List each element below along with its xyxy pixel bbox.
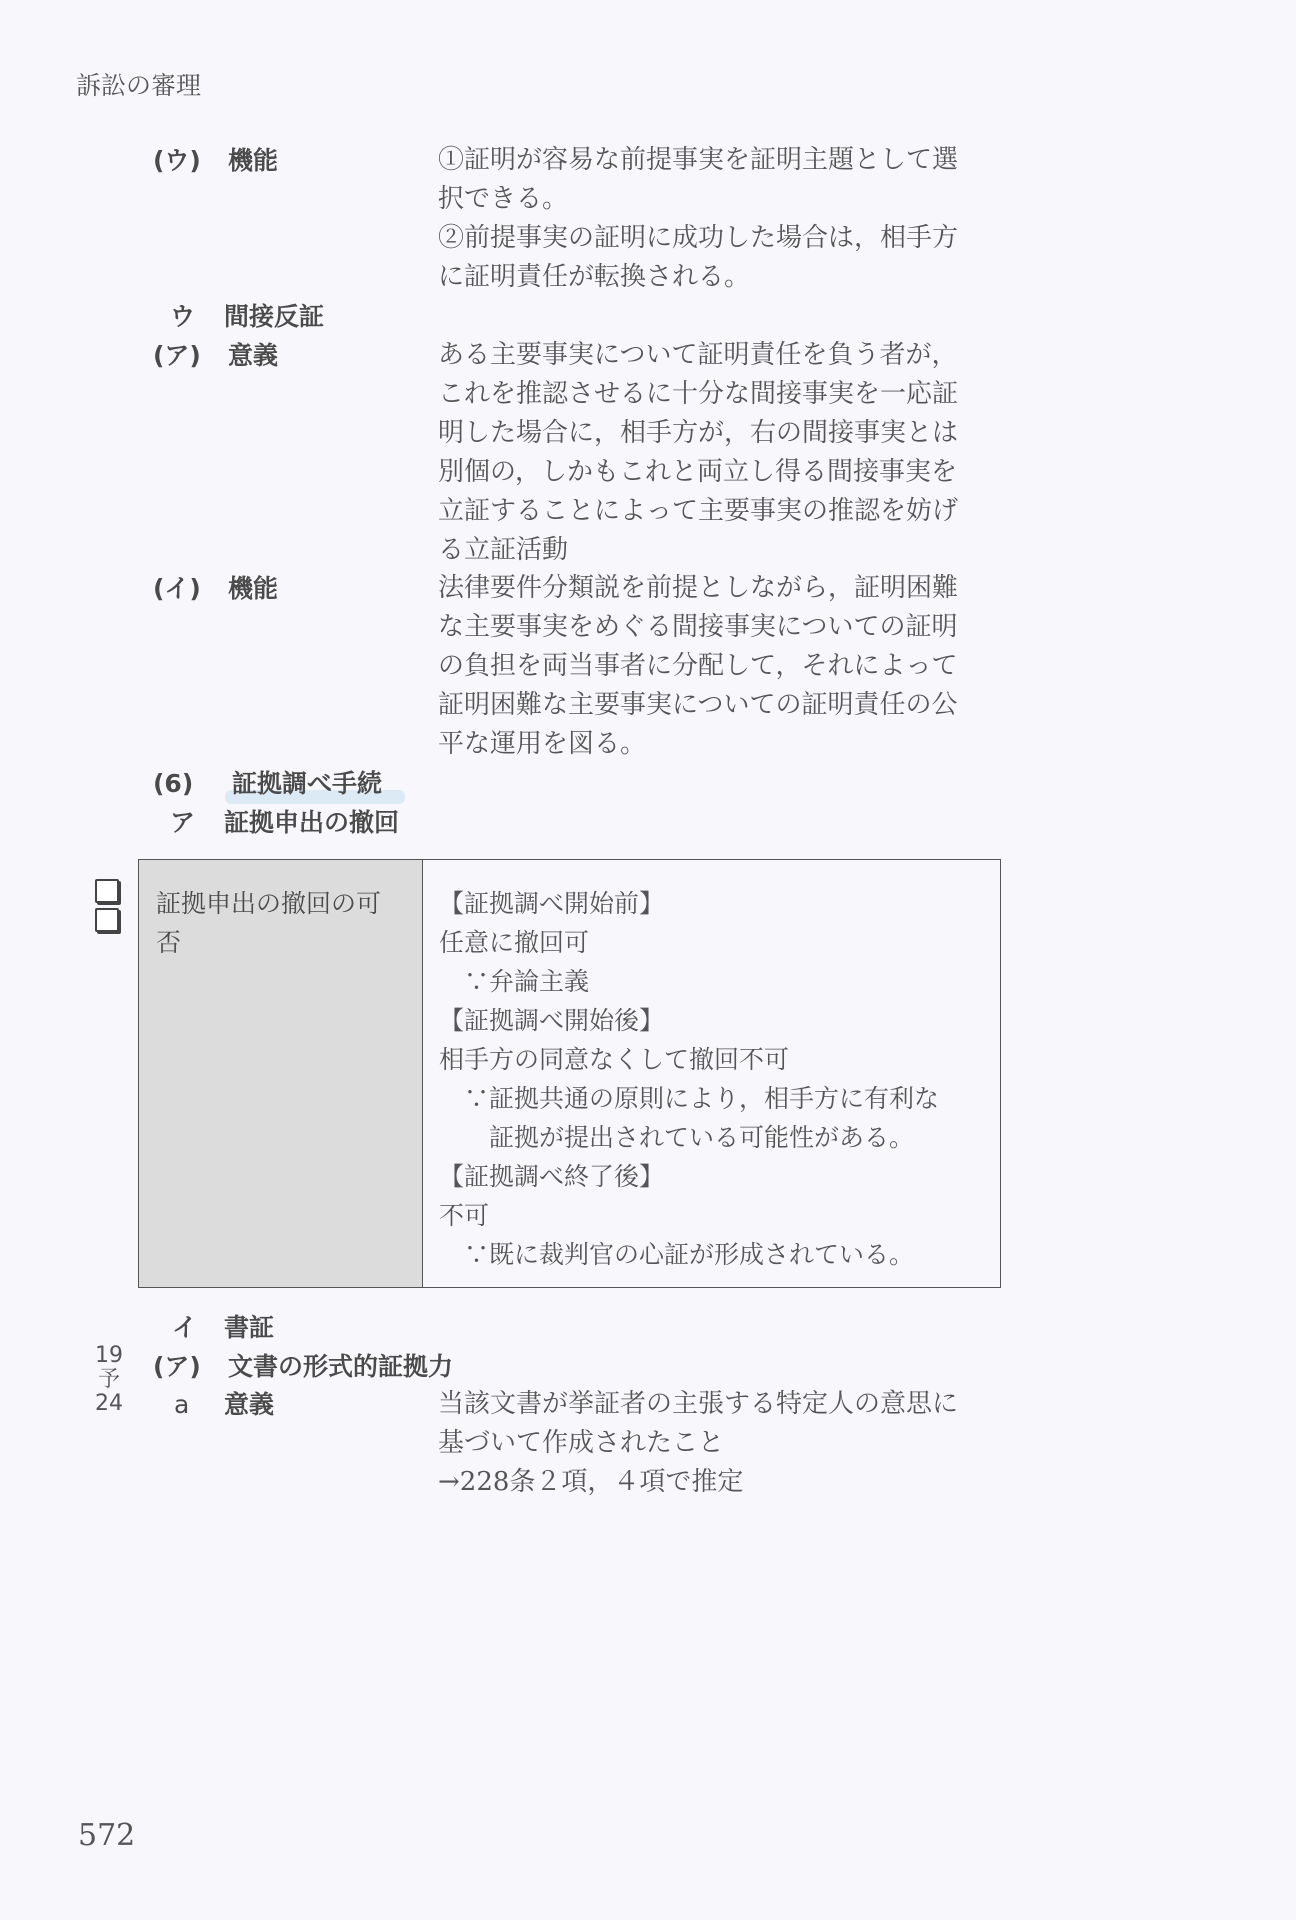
value-line: ∵証拠共通の原則により，相手方に有利な: [439, 1079, 1000, 1118]
running-header: 訴訟の審理: [76, 66, 201, 102]
body-line: ある主要事実について証明責任を負う者が，: [438, 336, 998, 375]
value-line: 不可: [439, 1196, 1000, 1235]
item-label: 機能: [228, 141, 278, 180]
body-line: な主要事実をめぐる間接事実についての証明: [438, 608, 998, 647]
body-line: 法律要件分類説を前提としながら，証明困難: [438, 569, 998, 608]
value-line: ∵既に裁判官の心証が形成されている。: [439, 1235, 1000, 1274]
table-value-cell: 【証拠調べ開始前】 任意に撤回可 ∵弁論主義 【証拠調べ開始後】 相手方の同意な…: [423, 860, 1000, 1287]
subsection-heading: 書証: [224, 1308, 274, 1347]
item-body: 当該文書が挙証者の主張する特定人の意思に 基づいて作成されたこと →228条２項…: [438, 1385, 998, 1502]
note-type: 予: [94, 1368, 124, 1392]
body-line: る立証活動: [438, 531, 998, 570]
review-checkbox-1[interactable]: [95, 879, 119, 903]
body-line: 択できる。: [438, 180, 998, 219]
item-label: 意義: [224, 1385, 274, 1424]
margin-exam-note: 19 予 24: [94, 1344, 124, 1416]
note-year: 19: [94, 1344, 124, 1368]
item-number: (ア): [153, 1347, 201, 1386]
subsection-heading: 証拠申出の撤回: [224, 803, 399, 842]
value-line: 【証拠調べ開始前】: [439, 884, 1000, 923]
section-number: (6): [153, 764, 193, 803]
body-line: 証明困難な主要事実についての証明責任の公: [438, 686, 998, 725]
value-line: 証拠が提出されている可能性がある。: [439, 1118, 1000, 1157]
section-heading: 間接反証: [224, 297, 324, 336]
body-line: ①証明が容易な前提事実を証明主題として選: [438, 141, 998, 180]
item-number: (ウ): [153, 141, 201, 180]
body-line: の負担を両当事者に分配して，それによって: [438, 647, 998, 686]
body-line: 基づいて作成されたこと: [438, 1424, 998, 1463]
review-checkbox-2[interactable]: [95, 908, 119, 932]
body-line: に証明責任が転換される。: [438, 258, 998, 297]
body-line: ②前提事実の証明に成功した場合は，相手方: [438, 219, 998, 258]
key-line: 証拠申出の撤回の可: [156, 884, 422, 923]
table-key-cell: 証拠申出の撤回の可 否: [139, 860, 423, 1287]
value-line: 相手方の同意なくして撤回不可: [439, 1040, 1000, 1079]
item-number: (ア): [153, 336, 201, 375]
value-line: 【証拠調べ開始後】: [439, 1001, 1000, 1040]
value-line: 任意に撤回可: [439, 923, 1000, 962]
section-number: ウ: [170, 297, 195, 336]
value-line: 【証拠調べ終了後】: [439, 1157, 1000, 1196]
section-heading: 証拠調べ手続: [232, 764, 382, 803]
value-line: ∵弁論主義: [439, 962, 1000, 1001]
body-line: 当該文書が挙証者の主張する特定人の意思に: [438, 1385, 998, 1424]
item-body: ①証明が容易な前提事実を証明主題として選 択できる。 ②前提事実の証明に成功した…: [438, 141, 998, 297]
item-number: a: [174, 1385, 189, 1424]
body-line: 平な運用を図る。: [438, 725, 998, 764]
summary-table: 証拠申出の撤回の可 否 【証拠調べ開始前】 任意に撤回可 ∵弁論主義 【証拠調べ…: [138, 859, 1001, 1288]
page-number: 572: [78, 1818, 135, 1853]
item-heading: 文書の形式的証拠力: [228, 1347, 453, 1386]
body-line: →228条２項，４項で推定: [438, 1463, 998, 1502]
subsection-number: イ: [172, 1308, 197, 1347]
subsection-number: ア: [170, 803, 195, 842]
item-label: 意義: [228, 336, 278, 375]
item-body: ある主要事実について証明責任を負う者が， これを推認させるに十分な間接事実を一応…: [438, 336, 998, 570]
body-line: 明した場合に，相手方が，右の間接事実とは: [438, 414, 998, 453]
item-number: (イ): [153, 569, 201, 608]
body-line: 立証することによって主要事実の推認を妨げ: [438, 492, 998, 531]
body-line: 別個の，しかもこれと両立し得る間接事実を: [438, 453, 998, 492]
item-label: 機能: [228, 569, 278, 608]
item-body: 法律要件分類説を前提としながら，証明困難 な主要事実をめぐる間接事実についての証…: [438, 569, 998, 764]
key-line: 否: [156, 923, 422, 962]
body-line: これを推認させるに十分な間接事実を一応証: [438, 375, 998, 414]
note-number: 24: [94, 1392, 124, 1416]
